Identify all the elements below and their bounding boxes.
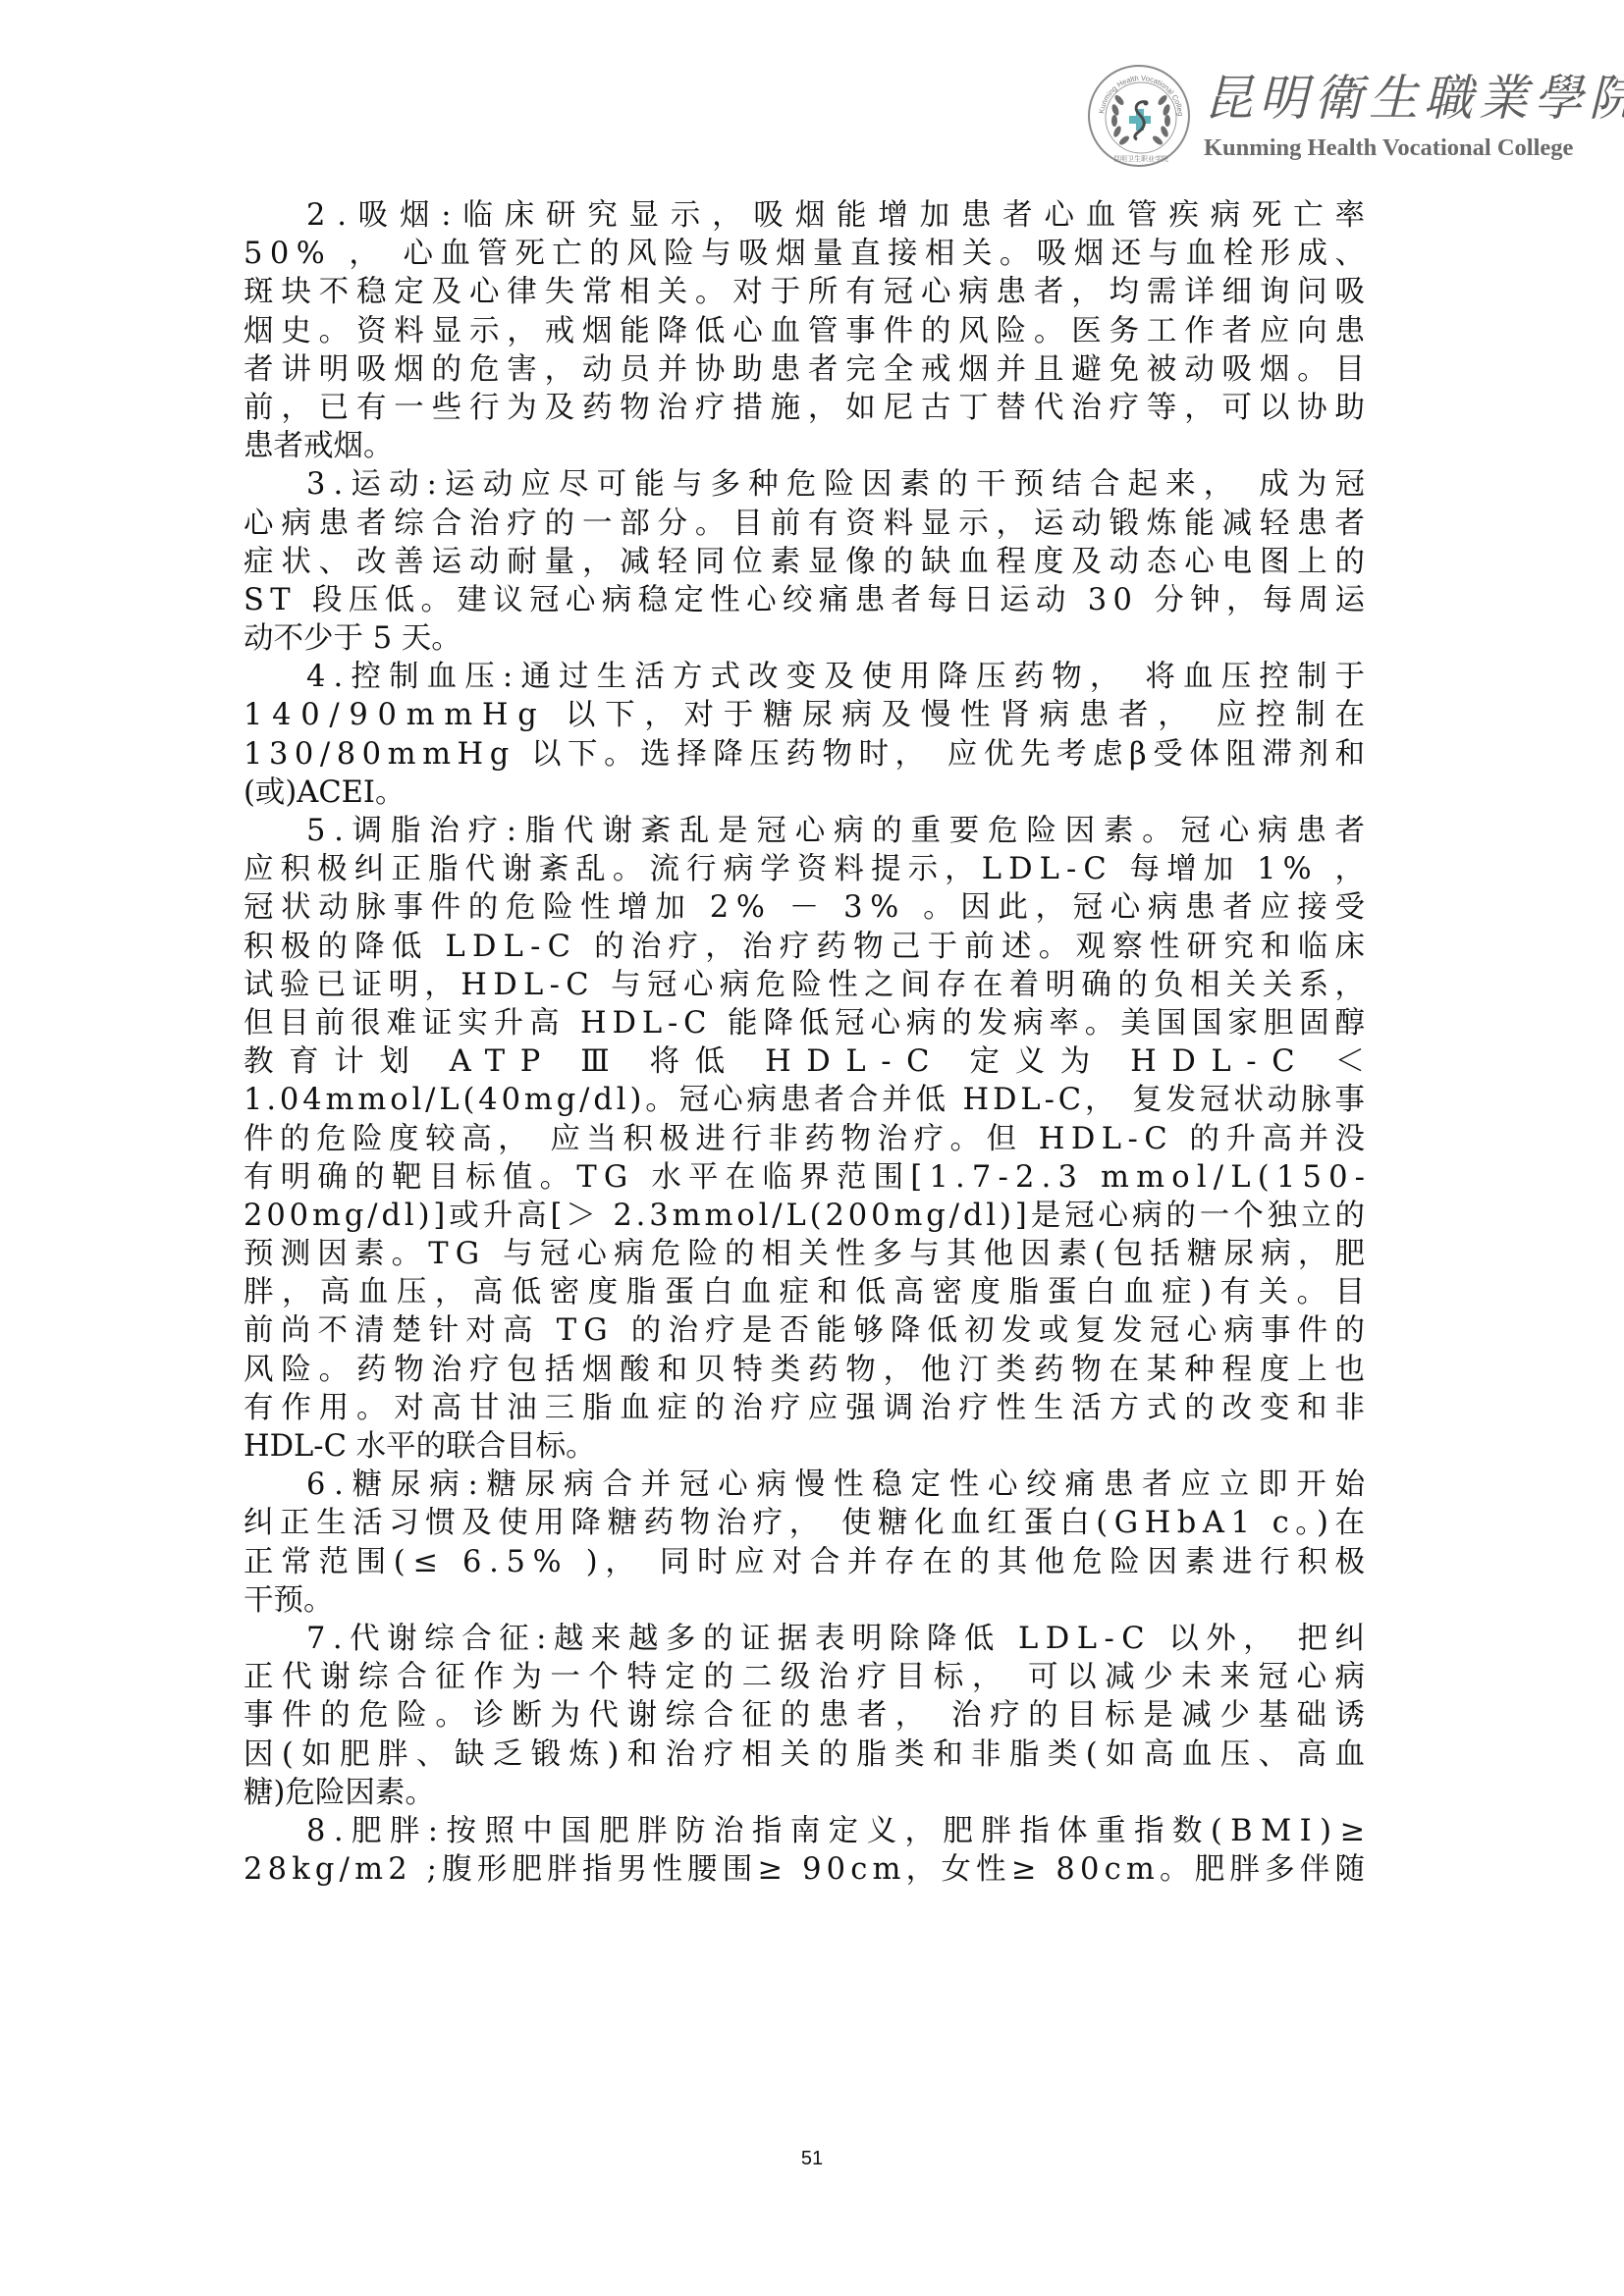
- paragraph-diabetes: 6.糖尿病:糖尿病合并冠心病慢性稳定性心绞痛患者应立即开始纠正生活习惯及使用降糖…: [244, 1466, 1365, 1620]
- text-line: 胖，高血压，高低密度脂蛋白血症和低高密度脂蛋白血症)有关。目: [244, 1273, 1365, 1311]
- text-line: 风险。药物治疗包括烟酸和贝特类药物，他汀类药物在某种程度上也: [244, 1351, 1365, 1389]
- paragraph-obesity: 8.肥胖:按照中国肥胖防治指南定义，肥胖指体重指数(BMI)≥28kg/m2 ;…: [244, 1812, 1365, 1889]
- text-line: ST 段压低。建议冠心病稳定性心绞痛患者每日运动 30 分钟，每周运: [244, 581, 1365, 619]
- text-line: 件的危险度较高， 应当积极进行非药物治疗。但 HDL-C 的升高并没: [244, 1120, 1365, 1158]
- text-line: 症状、改善运动耐量，减轻同位素显像的缺血程度及动态心电图上的: [244, 543, 1365, 581]
- text-line: 3.运动:运动应尽可能与多种危险因素的干预结合起来， 成为冠: [244, 465, 1365, 504]
- paragraph-exercise: 3.运动:运动应尽可能与多种危险因素的干预结合起来， 成为冠心病患者综合治疗的一…: [244, 465, 1365, 658]
- text-line: 预测因素。TG 与冠心病危险的相关性多与其他因素(包括糖尿病，肥: [244, 1235, 1365, 1273]
- text-line: 4.控制血压:通过生活方式改变及使用降压药物， 将血压控制于: [244, 658, 1365, 696]
- text-line: 28kg/m2 ;腹形肥胖指男性腰围≥ 90cm，女性≥ 80cm。肥胖多伴随: [244, 1850, 1365, 1889]
- text-line: 积极的降低 LDL-C 的治疗，治疗药物己于前述。观察性研究和临床: [244, 928, 1365, 966]
- text-line: 动不少于 5 天。: [244, 619, 1365, 658]
- text-line: 教育计划 ATP Ⅲ 将低 HDL-C 定义为 HDL-C ＜: [244, 1042, 1365, 1081]
- college-name-english: Kunming Health Vocational College: [1204, 133, 1573, 163]
- text-line: 糖)危险因素。: [244, 1774, 1365, 1812]
- text-line: 纠正生活习惯及使用降糖药物治疗， 使糖化血红蛋白(GHbA1 c。)在: [244, 1504, 1365, 1542]
- text-line: 心病患者综合治疗的一部分。目前有资料显示，运动锻炼能减轻患者: [244, 505, 1365, 543]
- text-line: 烟史。资料显示，戒烟能降低心血管事件的风险。医务工作者应向患: [244, 312, 1365, 350]
- text-line: (或)ACEI。: [244, 774, 1365, 812]
- paragraph-smoking: 2.吸烟:临床研究显示，吸烟能增加患者心血管疾病死亡率50% ， 心血管死亡的风…: [244, 196, 1365, 465]
- text-line: 130/80mmHg 以下。选择降压药物时， 应优先考虑β受体阻滞剂和: [244, 735, 1365, 774]
- text-line: 正代谢综合征作为一个特定的二级治疗目标， 可以减少未来冠心病: [244, 1658, 1365, 1696]
- body-text: 2.吸烟:临床研究显示，吸烟能增加患者心血管疾病死亡率50% ， 心血管死亡的风…: [244, 196, 1365, 1889]
- text-line: 者讲明吸烟的危害，动员并协助患者完全戒烟并且避免被动吸烟。目: [244, 350, 1365, 389]
- college-logo: Kunming Health Vocational College 昆明卫生职业…: [1088, 65, 1559, 169]
- text-line: 干预。: [244, 1581, 1365, 1620]
- text-line: 应积极纠正脂代谢紊乱。流行病学资料提示，LDL-C 每增加 1% ，: [244, 850, 1365, 888]
- college-name-chinese: 昆明衛生職業學院: [1204, 69, 1624, 128]
- text-line: 2.吸烟:临床研究显示，吸烟能增加患者心血管疾病死亡率: [244, 196, 1365, 235]
- document-page: Kunming Health Vocational College 昆明卫生职业…: [0, 0, 1624, 2296]
- svg-text:昆明卫生职业学院: 昆明卫生职业学院: [1113, 154, 1168, 163]
- text-line: 斑块不稳定及心律失常相关。对于所有冠心病患者，均需详细询问吸: [244, 273, 1365, 311]
- text-line: 冠状动脉事件的危险性增加 2% － 3% 。因此，冠心病患者应接受: [244, 888, 1365, 927]
- text-line: 6.糖尿病:糖尿病合并冠心病慢性稳定性心绞痛患者应立即开始: [244, 1466, 1365, 1504]
- page-number: 51: [0, 2148, 1624, 2170]
- text-line: 5.调脂治疗:脂代谢紊乱是冠心病的重要危险因素。冠心病患者: [244, 812, 1365, 850]
- text-line: 试验已证明，HDL-C 与冠心病危险性之间存在着明确的负相关关系，: [244, 966, 1365, 1004]
- text-line: 50% ， 心血管死亡的风险与吸烟量直接相关。吸烟还与血栓形成、: [244, 235, 1365, 273]
- text-line: 8.肥胖:按照中国肥胖防治指南定义，肥胖指体重指数(BMI)≥: [244, 1812, 1365, 1850]
- text-line: 有明确的靶目标值。TG 水平在临界范围[1.7-2.3 mmol/L(150-: [244, 1158, 1365, 1197]
- text-line: 前尚不清楚针对高 TG 的治疗是否能够降低初发或复发冠心病事件的: [244, 1311, 1365, 1350]
- paragraph-metabolic-syndrome: 7.代谢综合征:越来越多的证据表明除降低 LDL-C 以外， 把纠正代谢综合征作…: [244, 1620, 1365, 1812]
- text-line: 前，已有一些行为及药物治疗措施，如尼古丁替代治疗等，可以协助: [244, 389, 1365, 427]
- text-line: 有作用。对高甘油三脂血症的治疗应强调治疗性生活方式的改变和非: [244, 1389, 1365, 1427]
- text-line: 正常范围(≤ 6.5% )， 同时应对合并存在的其他危险因素进行积极: [244, 1543, 1365, 1581]
- text-line: 患者戒烟。: [244, 427, 1365, 465]
- text-line: 200mg/dl)]或升高[＞ 2.3mmol/L(200mg/dl)]是冠心病…: [244, 1197, 1365, 1235]
- text-line: 1.04mmol/L(40mg/dl)。冠心病患者合并低 HDL-C， 复发冠状…: [244, 1081, 1365, 1119]
- college-seal-icon: Kunming Health Vocational College 昆明卫生职业…: [1088, 65, 1190, 167]
- text-line: 140/90mmHg 以下，对于糖尿病及慢性肾病患者， 应控制在: [244, 696, 1365, 734]
- text-line: HDL-C 水平的联合目标。: [244, 1427, 1365, 1466]
- paragraph-blood-pressure: 4.控制血压:通过生活方式改变及使用降压药物， 将血压控制于140/90mmHg…: [244, 658, 1365, 812]
- text-line: 因(如肥胖、缺乏锻炼)和治疗相关的脂类和非脂类(如高血压、高血: [244, 1735, 1365, 1774]
- text-line: 但目前很难证实升高 HDL-C 能降低冠心病的发病率。美国国家胆固醇: [244, 1004, 1365, 1042]
- text-line: 事件的危险。诊断为代谢综合征的患者， 治疗的目标是减少基础诱: [244, 1696, 1365, 1735]
- paragraph-lipid: 5.调脂治疗:脂代谢紊乱是冠心病的重要危险因素。冠心病患者应积极纠正脂代谢紊乱。…: [244, 812, 1365, 1466]
- text-line: 7.代谢综合征:越来越多的证据表明除降低 LDL-C 以外， 把纠: [244, 1620, 1365, 1658]
